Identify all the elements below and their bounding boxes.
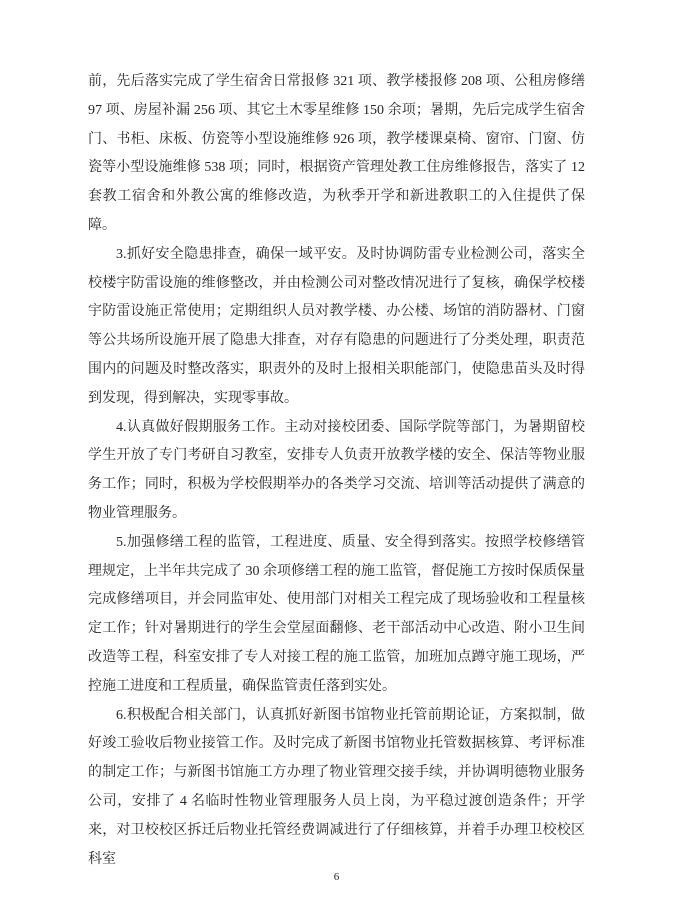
paragraph: 3.抓好安全隐患排查，确保一域平安。及时协调防雷专业检测公司，落实全校楼宇防雷设… [88,241,585,414]
document-page: 前，先后落实完成了学生宿舍日常报修 321 项、教学楼报修 208 项、公租房修… [0,0,673,921]
paragraph: 5.加强修缮工程的监管，工程进度、质量、安全得到落实。按照学校修缮管理规定，上半… [88,529,585,702]
paragraph: 4.认真做好假期服务工作。主动对接校团委、国际学院等部门，为暑期留校学生开放了专… [88,414,585,529]
paragraph: 6.积极配合相关部门，认真抓好新图书馆物业托管前期论证，方案拟制，做好竣工验收后… [88,702,585,875]
page-footer: 6 [0,867,673,885]
paragraph: 前，先后落实完成了学生宿舍日常报修 321 项、教学楼报修 208 项、公租房修… [88,68,585,241]
document-body: 前，先后落实完成了学生宿舍日常报修 321 项、教学楼报修 208 项、公租房修… [88,68,585,874]
page-number: 6 [334,871,340,883]
